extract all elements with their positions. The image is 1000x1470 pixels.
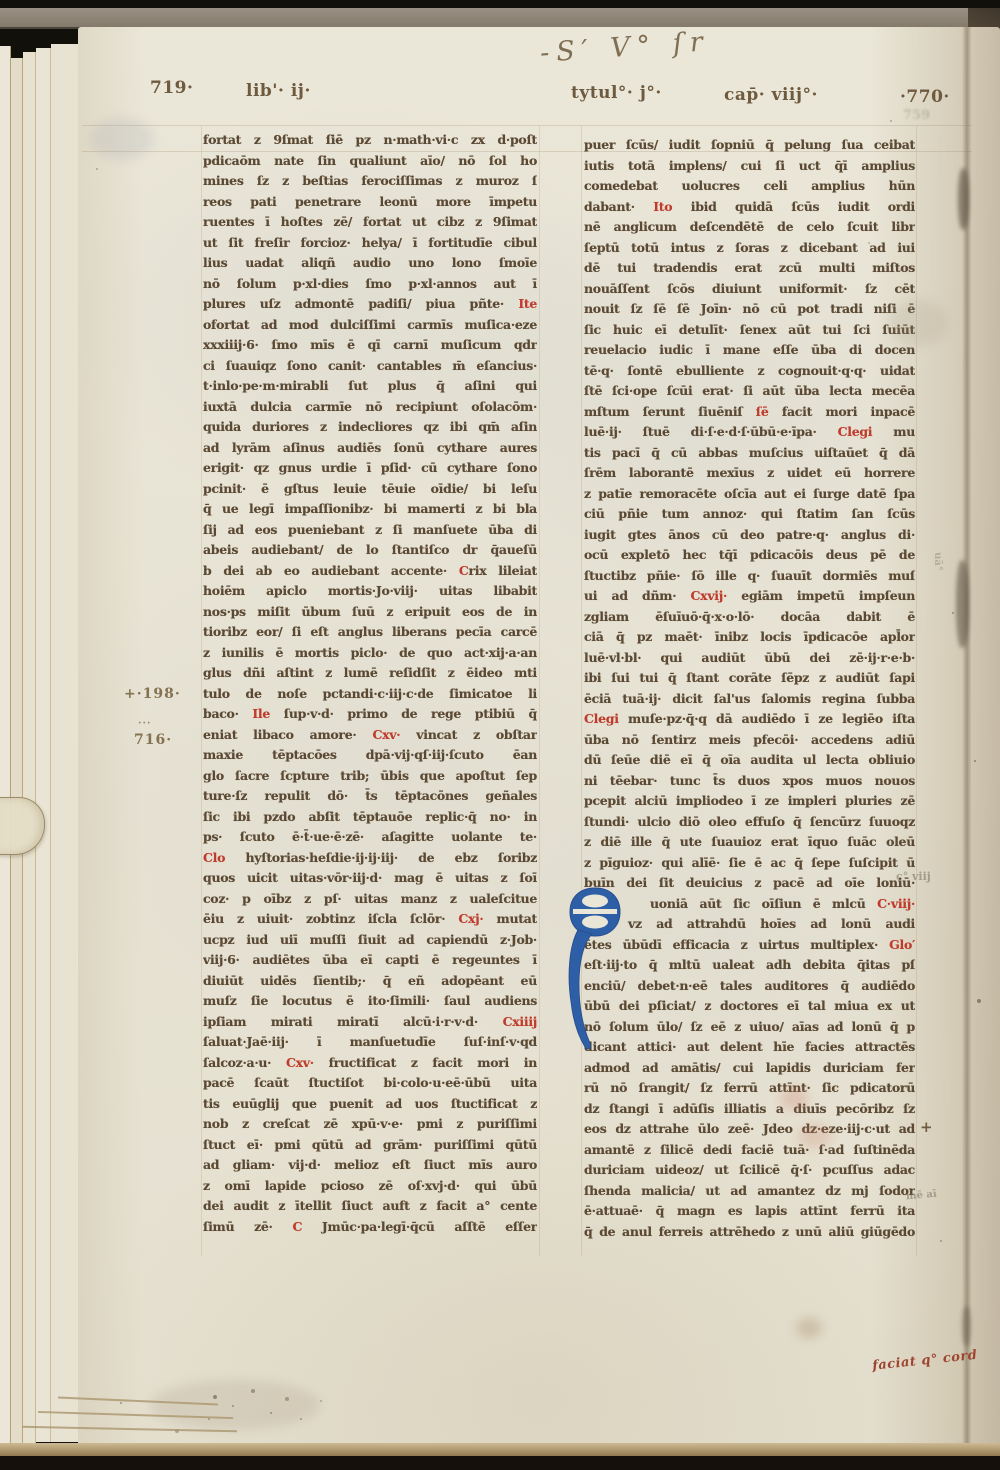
text-segment: iuxtā dulcia carmīe nō recipiunt oſolacō…: [203, 399, 537, 414]
text-line: nos·ps miſit ūbum ſuū z eripuit eos de i…: [203, 604, 537, 625]
text-segment: diuiūt uidēs ſīentib;· q̄ eñ adopēant eū: [203, 973, 537, 988]
text-segment: admod ad amātis/ cui lapidis duriciam fe…: [584, 1060, 915, 1075]
rubric-segment: Clegi: [838, 424, 873, 439]
text-line: vz ad attrahdū hoīes ad lonū audi: [584, 916, 915, 937]
text-line: luē·ij· ſtuē di·ſ·e·d·ſ·ūbū·e·īpa· Clegi…: [584, 424, 915, 445]
text-line: puer ſcūs/ iudit ſopniū q̄ pelung ſua ce…: [584, 137, 915, 158]
text-segment: ipſiam mirati miratī alcū·i·r·v·d·: [203, 1014, 503, 1029]
text-line: ēiu z uiuit· zobtinz iſcla ſclōr· Cxj· m…: [203, 911, 537, 932]
text-line: ni tēebar· tunc t̄s duos xpos muos nouos: [584, 773, 915, 794]
text-segment: plures uſz admontē padiſi/ piua pñte·: [203, 296, 518, 311]
text-segment: muſz ſie locutus ē ito·ſimili· ſaul audi…: [203, 993, 537, 1008]
text-line: fortat z 9ſmat ſiē pz n·math·vi·c zx d·p…: [203, 132, 537, 153]
text-line: ūba nō ſentirz meis pfecōi· accedens adi…: [584, 732, 915, 753]
text-segment: iutis totā implens/ cui ſi uct q̄ī ampli…: [584, 158, 915, 173]
text-line: iutis totā implens/ cui ſi uct q̄ī ampli…: [584, 158, 915, 179]
ruling-line: [539, 126, 540, 1256]
margin-faint-bleed: uā°: [932, 552, 943, 571]
text-line: rū nō ſrangit/ ſz ferrū attīnt· ſic pdic…: [584, 1080, 915, 1101]
text-line: nob z creſcat zē xpū·v·e· pmi z puriſſim…: [203, 1116, 537, 1137]
text-line: mſtum ſerunt ſiuēniſ ſē facit mori inpac…: [584, 404, 915, 425]
text-line: tis pacī q̄ cū abbas muſcius uiſtaūet q̄…: [584, 445, 915, 466]
text-line: ture·ſz repulit dō· t̄s tēptacōnes geñal…: [203, 788, 537, 809]
text-line: glus dñi aſtint z lumē reſidſit z ēideo …: [203, 665, 537, 686]
text-segment: comedebat uolucres celi amplius hūn: [584, 178, 915, 193]
text-segment: zgliam ēſuīuō·q̄·x·o·lō· docāa dabit ē: [584, 609, 915, 624]
text-segment: ui ad dñm·: [584, 588, 691, 603]
capitulum-label: cap̄· viij°·: [724, 85, 818, 105]
text-segment: ſtuct eī· pmi qūtū ad grām· puriſſimi qū…: [203, 1137, 537, 1152]
text-line: ciū pñie tum annoz· qui ſtatim ſan ſcūs: [584, 506, 915, 527]
text-segment: nouāſſent ſcōs diuiunt uniformit· ſz cēt: [584, 281, 915, 296]
text-line: t·inlo·pe·m·mirabli ſut plus q̄ aſini qu…: [203, 378, 537, 399]
text-line: viij·6· audiētes ūba eī capti ē regeunte…: [203, 952, 537, 973]
text-line: iugit gtes ānos cū deo patre·q· anglus d…: [584, 527, 915, 548]
text-segment: pcinit· ē gſtus leuie tēuie oīdie/ bi le…: [203, 481, 537, 496]
gutter-crease: [962, 27, 971, 1443]
text-segment: ciū pñie tum annoz· qui ſtatim ſan ſcūs: [584, 506, 915, 521]
text-line: ſeptū totū intus z ſoras z dicebant ad i…: [584, 240, 915, 261]
text-line: enciū/ debet·n·eē tales auditores q̄ aud…: [584, 978, 915, 999]
text-line: xxxiiij·6· ſmo mīs ē qī carnī muſicum qd…: [203, 337, 537, 358]
text-line: ad lyrām aſinus audiēs ſonū cythare aure…: [203, 440, 537, 461]
text-segment: quos uicit uitas·vōr·iij·d· mag ē uitas …: [203, 870, 537, 885]
text-line: lius uadat aliqñ audio uno lono ſmoīe: [203, 255, 537, 276]
text-line: ci ſuauiqz ſono canit· cantables m̄ eſan…: [203, 358, 537, 379]
text-segment: mines ſz z beſtias ferociſſimas z muroz …: [203, 173, 537, 188]
text-segment: tioribz eor/ ſi eſt anglus liberans pecī…: [203, 624, 537, 639]
text-segment: luē·ij· ſtuē di·ſ·e·d·ſ·ūbū·e·īpa·: [584, 424, 838, 439]
text-line: reos pati penetrare leonū more īmpetu: [203, 194, 537, 215]
text-segment: quida duriores z indecliores qz ibi qm̄ …: [203, 419, 537, 434]
text-line: Clegi muſe·pz·q̄·q dā audiēdo ī ze legiē…: [584, 711, 915, 732]
text-line: nouāſſent ſcōs diuiunt uniformit· ſz cēt: [584, 281, 915, 302]
text-line: eſt·iij·to q̄ mltū ualeat adh debita q̄i…: [584, 957, 915, 978]
text-line: ſtuctibz pñie· ſō ille q· ſuauīt dormiēs…: [584, 568, 915, 589]
text-segment: tē·q· ſontē ebulliente z cognouit·q·q· u…: [584, 363, 915, 378]
text-segment: ad gliam· vij·d· melioz eſt ſiuct mīs au…: [203, 1157, 537, 1172]
text-segment: Jmūc·pa·legī·q̄cū aſſtē eſſer: [302, 1219, 537, 1234]
text-line: z patīe remoracēte oſcīa aut ei ſurge da…: [584, 486, 915, 507]
text-line: glo ſacre ſcpture trib; ūbis que apoſtut…: [203, 768, 537, 789]
text-segment: mutat: [483, 911, 537, 926]
rubric-segment: C·viij·: [877, 896, 915, 911]
text-segment: z pīguioz· qui alīē· ſie ē ac q̄ ſepe ſu…: [584, 855, 915, 870]
margin-note-left-2: ···: [138, 718, 151, 729]
text-line: ofortat ad mod dulciſſimi carmīs muſica·…: [203, 317, 537, 338]
text-line: zgliam ēſuīuō·q̄·x·o·lō· docāa dabit ē: [584, 609, 915, 630]
text-segment: iugit gtes ānos cū deo patre·q· anglus d…: [584, 527, 915, 542]
underpage-edge: [0, 46, 11, 1446]
text-line: ut ſit freſir forcioz· helya/ ī fortitud…: [203, 235, 537, 256]
text-line: pacē ſcaūt ſtuctiſot bi·colo·u·eē·ūbū ui…: [203, 1075, 537, 1096]
text-line: ibi ſui tui q̄ ſtant corāte ſēpz z audiū…: [584, 670, 915, 691]
text-line: nē anglicum deſcendētē de celo ſcuit lib…: [584, 219, 915, 240]
text-segment: hoiēm apiclo mortis·Jo·viij· uitas libab…: [203, 583, 537, 598]
edge-blotch: [962, 1306, 971, 1346]
text-segment: baco·: [203, 706, 252, 721]
text-segment: ut ſit freſir forcioz· helya/ ī fortitud…: [203, 235, 537, 250]
text-line: ſrēm laborantē mexīus z uidet eū horrere: [584, 465, 915, 486]
text-segment: pacē ſcaūt ſtuctiſot bi·colo·u·eē·ūbū ui…: [203, 1075, 537, 1090]
text-segment: puer ſcūs/ iudit ſopniū q̄ pelung ſua ce…: [584, 137, 915, 152]
rubric-segment: Clegi: [584, 711, 619, 726]
text-column-left: fortat z 9ſmat ſiē pz n·math·vi·c zx d·p…: [203, 132, 537, 1239]
text-line: buīn dei ſit deuicius z pacē ad oīe loni…: [584, 875, 915, 896]
text-segment: ſtundi· ulcio diō oleo effuſo q̄ ſencūrz…: [584, 814, 915, 829]
stain: [798, 1124, 832, 1148]
illuminated-initial-Q: [566, 884, 624, 1056]
text-column-right: puer ſcūs/ iudit ſopniū q̄ pelung ſua ce…: [584, 137, 915, 1244]
text-segment: ofortat ad mod dulciſſimi carmīs muſica·…: [203, 317, 537, 332]
text-segment: ruentes ī hoſtes zē/ fortat ut cibz z 9ſ…: [203, 214, 537, 229]
text-line: ucpz iud uiī muſſi ſiuit ad capiendū z·J…: [203, 932, 537, 953]
rubric-segment: Cxv·: [372, 727, 400, 742]
ruling-line: [201, 126, 202, 1256]
text-segment: vincat z obſtar: [400, 727, 537, 742]
text-segment: muſe·pz·q̄·q dā audiēdo ī ze legiēo iſta: [619, 711, 915, 726]
rubric-segment: Cxvij·: [691, 588, 728, 603]
text-line: pcinit· ē gſtus leuie tēuie oīdie/ bi le…: [203, 481, 537, 502]
text-line: ſtundi· ulcio diō oleo effuſo q̄ ſencūrz…: [584, 814, 915, 835]
stain: [796, 1318, 822, 1338]
text-line: ēciā tuā·ij· dicit ſal'us ſalomis regina…: [584, 691, 915, 712]
underpage-edge: [36, 48, 51, 1442]
text-segment: ciā q̄ pz maēt· īnibz locis īpdicacōe ap…: [584, 629, 915, 644]
text-segment: ſaluat·Jaē·iij· ī manſuetudīe ſuſ·inſ·v·…: [203, 1034, 537, 1049]
text-segment: ſij ad eos pueniebant z ſi manſuete ūba …: [203, 522, 537, 537]
text-line: ſic huic eī detulīt· ſenex aūt tui ſci ſ…: [584, 322, 915, 343]
text-segment: rū nō ſrangit/ ſz ferrū attīnt· ſic pdic…: [584, 1080, 915, 1095]
text-segment: egiām impetū impſeun: [727, 588, 915, 603]
edge-blotch: [958, 168, 969, 230]
text-segment: ſimū zē·: [203, 1219, 292, 1234]
text-line: ē·attuaē· q̄ magn es lapis attīnt ferrū …: [584, 1203, 915, 1224]
text-segment: glo ſacre ſcpture trib; ūbis que apoſtut…: [203, 768, 537, 783]
text-segment: mſtum ſerunt ſiuēniſ: [584, 404, 756, 419]
ruling-line: [581, 126, 582, 1256]
text-line: ſtuct eī· pmi qūtū ad grām· puriſſimi qū…: [203, 1137, 537, 1158]
text-segment: z iunilis ē mortis piclo· de quo act·xij…: [203, 645, 537, 660]
text-line: erigit· qz gnus urdie ī pſid· cū cythare…: [203, 460, 537, 481]
text-line: z omī lapide pcioso zē oſ·xvj·d· qui ūbū: [203, 1178, 537, 1199]
text-segment: luē·vl·bl· qui audiūt ūbū dei zē·ij·r·e·…: [584, 650, 915, 665]
text-segment: ocū expletō hec tq̄ī pdicacōis deus pē d…: [584, 547, 915, 562]
text-line: tulo de noſe pctandi·c·iij·c·de ſimicato…: [203, 686, 537, 707]
text-line: ſij ad eos pueniebant z ſi manſuete ūba …: [203, 522, 537, 543]
text-segment: abeis audiebant/ de lo ſtantiſco dr q̄au…: [203, 542, 537, 557]
text-line: tioribz eor/ ſi eſt anglus liberans pecī…: [203, 624, 537, 645]
text-line: dicant attici· aut delent hīe facies att…: [584, 1039, 915, 1060]
ruling-line: [82, 125, 972, 126]
text-segment: hyſtorias·heſdie·ij·ij·iij· de ebz ſorib…: [225, 850, 537, 865]
text-line: eniat libaco amore· Cxv· vincat z obſtar: [203, 727, 537, 748]
text-segment: ps· ſcuto ē·t̄·ue·ē·zē· aſagitte uolante…: [203, 829, 537, 844]
dirt-speckles: [0, 0, 2, 2]
text-segment: pdicaōm nate ſin qualiunt aīo/ nō ſol ho: [203, 153, 537, 168]
book-bottom-edge: [0, 1443, 1000, 1457]
text-segment: ſrēm laborantē mexīus z uidet eū horrere: [584, 465, 915, 480]
text-segment: ſtē ſci·ope ſcūi erat· ſi aūt ūba lecta …: [584, 383, 915, 398]
text-segment: amantē z ſilicē dedi faciē tuā· ſ·ad ſuſ…: [584, 1142, 915, 1157]
text-line: ſhenda malicia/ ut ad amantez dz mj ſodo…: [584, 1183, 915, 1204]
text-segment: reuelacio iudic ī mane eſſe ūba di docen: [584, 342, 915, 357]
text-segment: eos dz attrahe ūlo zeē· Jdeo dz·eze·iij·…: [584, 1121, 915, 1136]
text-line: plures uſz admontē padiſi/ piua pñte· It…: [203, 296, 537, 317]
text-segment: ſup·v·d· primo de rege ptibiū q̄: [270, 706, 537, 721]
rubric-segment: Ite: [518, 296, 537, 311]
text-line: z pīguioz· qui alīē· ſie ē ac q̄ ſepe ſu…: [584, 855, 915, 876]
text-segment: ibi ſui tui q̄ ſtant corāte ſēpz z audiū…: [584, 670, 915, 685]
text-segment: ūba nō ſentirz meis pfecōi· accedens adi…: [584, 732, 915, 747]
text-line: hoiēm apiclo mortis·Jo·viij· uitas libab…: [203, 583, 537, 604]
text-line: dabant· Ito ibid quidā ſcūs iudit ordi: [584, 199, 915, 220]
text-segment: ūbū dei pſiciat/ z doctores eī tal miua …: [584, 998, 915, 1013]
rubric-segment: ſē: [756, 404, 769, 419]
text-segment: b dei ab eo audiebant accente·: [203, 563, 459, 578]
text-segment: ad lyrām aſinus audiēs ſonū cythare aure…: [203, 440, 537, 455]
text-segment: ſeptū totū intus z ſoras z dicebant ad i…: [584, 240, 915, 255]
rubric-segment: Clo: [203, 850, 225, 865]
text-segment: q̄ de anul ferreis attrēhedo z unū aliū …: [584, 1224, 915, 1239]
rubric-segment: C: [459, 563, 469, 578]
folio-number-verso: 719·: [150, 78, 193, 98]
text-line: dei audit z ītellit ſiuct auft z facit a…: [203, 1198, 537, 1219]
text-line: eos dz attrahe ūlo zeē· Jdeo dz·eze·iij·…: [584, 1121, 915, 1142]
background-black: [0, 1456, 1000, 1470]
text-segment: fructificat z facit mori in: [314, 1055, 537, 1070]
text-segment: nē anglicum deſcendētē de celo ſcuit lib…: [584, 219, 915, 234]
text-line: ipſiam mirati miratī alcū·i·r·v·d· Cxiii…: [203, 1014, 537, 1035]
underpage-edge: [51, 44, 79, 1442]
text-line: diuiūt uidēs ſīentib;· q̄ eñ adopēant eū: [203, 973, 537, 994]
text-segment: rix lileiat: [469, 563, 537, 578]
text-segment: reos pati penetrare leonū more īmpetu: [203, 194, 537, 209]
text-line: q̄ ue legī impaſſionibz· bi mamerti z bi…: [203, 501, 537, 522]
text-line: ſaluat·Jaē·iij· ī manſuetudīe ſuſ·inſ·v·…: [203, 1034, 537, 1055]
text-segment: glus dñi aſtint z lumē reſidſit z ēideo …: [203, 665, 537, 680]
text-segment: maxie tēptacōes dpā·vij·qſ·iij·ſcuto ēan: [203, 747, 537, 762]
text-line: ūbū dei pſiciat/ z doctores eī tal miua …: [584, 998, 915, 1019]
text-line: muſz ſie locutus ē ito·ſimili· ſaul audi…: [203, 993, 537, 1014]
text-line: z iunilis ē mortis piclo· de quo act·xij…: [203, 645, 537, 666]
titulus-label: tytul°· j°·: [571, 83, 662, 103]
text-segment: ſalcoz·a·u·: [203, 1055, 286, 1070]
text-line: comedebat uolucres celi amplius hūn: [584, 178, 915, 199]
stain: [150, 1380, 320, 1430]
text-segment: lius uadat aliqñ audio uno lono ſmoīe: [203, 255, 537, 270]
text-line: maxie tēptacōes dpā·vij·qſ·iij·ſcuto ēan: [203, 747, 537, 768]
text-segment: t·inlo·pe·m·mirabli ſut plus q̄ aſini qu…: [203, 378, 537, 393]
underpage-edge: [23, 52, 36, 1444]
text-line: ps· ſcuto ē·t̄·ue·ē·zē· aſagitte uolante…: [203, 829, 537, 850]
folio-number-recto: ·770·: [900, 87, 950, 107]
text-segment: buīn dei ſit deuicius z pacē ad oīe loni…: [584, 875, 915, 890]
text-segment: vz ad attrahdū hoīes ad lonū audi: [628, 916, 915, 931]
text-line: admod ad amātis/ cui lapidis duriciam fe…: [584, 1060, 915, 1081]
text-line: dē tui tradendis erat zcū multi miſtos: [584, 260, 915, 281]
text-segment: dz ſtangi ī adūſis illiatis a diuīs pecō…: [584, 1101, 915, 1116]
text-segment: ſhenda malicia/ ut ad amantez dz mj ſodo…: [584, 1183, 915, 1198]
text-line: nō ſolum ūlo/ ſz eē z uiuo/ aīas ad lonū…: [584, 1019, 915, 1040]
text-segment: dū ſeūe diē eī q̄ oīa audita ul lecta ob…: [584, 752, 915, 767]
text-line: b dei ab eo audiebant accente· Crix lile…: [203, 563, 537, 584]
text-segment: fortat z 9ſmat ſiē pz n·math·vi·c zx d·p…: [203, 132, 537, 147]
text-segment: ēciā tuā·ij· dicit ſal'us ſalomis regina…: [584, 691, 915, 706]
text-segment: ſic ibi pzdo abſit tēptauōe replic·q̄ no…: [203, 809, 537, 824]
margin-note-left-3: 716·: [134, 732, 172, 748]
text-segment: xxxiiij·6· ſmo mīs ē qī carnī muſicum qd…: [203, 337, 537, 352]
text-line: dz ſtangi ī adūſis illiatis a diuīs pecō…: [584, 1101, 915, 1122]
text-segment: q̄ ue legī impaſſionibz· bi mamerti z bi…: [203, 501, 537, 516]
rubric-segment: C: [292, 1219, 302, 1234]
text-segment: dabant·: [584, 199, 653, 214]
text-segment: coz· p oībz z pſ· uitas manz z ualeſcitu…: [203, 891, 537, 906]
text-line: ciā q̄ pz maēt· īnibz locis īpdicacōe ap…: [584, 629, 915, 650]
text-line: ētes ūbūdī efficacia z uirtus multiplex·…: [584, 937, 915, 958]
text-line: ocū expletō hec tq̄ī pdicacōis deus pē d…: [584, 547, 915, 568]
text-segment: ucpz iud uiī muſſi ſiuit ad capiendū z·J…: [203, 932, 537, 947]
margin-note-left-1: +·198·: [124, 686, 181, 702]
text-line: iuxtā dulcia carmīe nō recipiunt oſolacō…: [203, 399, 537, 420]
text-segment: nō ſolum p·xl·dies ſmo p·xl·annos aut ī: [203, 276, 537, 291]
underpage-edge: [11, 58, 23, 1448]
text-segment: uoniā aūt ſic oīſiun ē mlcū: [650, 896, 877, 911]
text-segment: ſic huic eī detulīt· ſenex aūt tui ſci ſ…: [584, 322, 915, 337]
text-segment: erigit· qz gnus urdie ī pſid· cū cythare…: [203, 460, 537, 475]
text-segment: nō ſolum ūlo/ ſz eē z uiuo/ aīas ad lonū…: [584, 1019, 915, 1034]
text-line: ſimū zē· C Jmūc·pa·legī·q̄cū aſſtē eſſer: [203, 1219, 537, 1240]
stain: [780, 1088, 808, 1110]
text-line: abeis audiebant/ de lo ſtantiſco dr q̄au…: [203, 542, 537, 563]
text-segment: ci ſuauiqz ſono canit· cantables m̄ eſan…: [203, 358, 537, 373]
text-segment: ture·ſz repulit dō· t̄s tēptacōnes geñal…: [203, 788, 537, 803]
text-line: coz· p oībz z pſ· uitas manz z ualeſcitu…: [203, 891, 537, 912]
text-segment: nouit ſz ſē ſē Joīn· nō cū pot tradi niſ…: [584, 301, 915, 316]
text-segment: tis pacī q̄ cū abbas muſcius uiſtaūet q̄…: [584, 445, 915, 460]
text-line: nouit ſz ſē ſē Joīn· nō cū pot tradi niſ…: [584, 301, 915, 322]
folio-ghost-bleedthrough: 759: [903, 108, 930, 123]
text-line: quida duriores z indecliores qz ibi qm̄ …: [203, 419, 537, 440]
text-line: quos uicit uitas·vōr·iij·d· mag ē uitas …: [203, 870, 537, 891]
text-segment: nos·ps miſit ūbum ſuū z eripuit eos de i…: [203, 604, 537, 619]
text-line: ad gliam· vij·d· melioz eſt ſiuct mīs au…: [203, 1157, 537, 1178]
book-top-edge: [0, 8, 1000, 29]
margin-cross: +: [920, 1118, 933, 1136]
text-line: reuelacio iudic ī mane eſſe ūba di docen: [584, 342, 915, 363]
text-segment: dē tui tradendis erat zcū multi miſtos: [584, 260, 915, 275]
text-segment: dei audit z ītellit ſiuct auft z facit a…: [203, 1198, 537, 1213]
text-line: pdicaōm nate ſin qualiunt aīo/ nō ſol ho: [203, 153, 537, 174]
text-segment: ni tēebar· tunc t̄s duos xpos muos nouos: [584, 773, 915, 788]
text-segment: facit mori inpacē: [769, 404, 915, 419]
text-segment: z patīe remoracēte oſcīa aut ei ſurge da…: [584, 486, 915, 501]
liber-label: lib'· ij·: [246, 81, 311, 101]
text-line: Clo hyſtorias·heſdie·ij·ij·iij· de ebz ſ…: [203, 850, 537, 871]
text-line: z diē ille q̄ ute ſuauioz erat īquo ſuāc…: [584, 834, 915, 855]
text-line: dū ſeūe diē eī q̄ oīa audita ul lecta ob…: [584, 752, 915, 773]
text-line: duriciam uideoz/ ut ſcilicē q̄·ſ· pcuſſu…: [584, 1162, 915, 1183]
text-line: q̄ de anul ferreis attrēhedo z unū aliū …: [584, 1224, 915, 1245]
text-segment: z omī lapide pcioso zē oſ·xvj·d· qui ūbū: [203, 1178, 537, 1193]
text-segment: tis euūglij que puenit ad uos ſtuctifica…: [203, 1096, 537, 1111]
text-segment: z diē ille q̄ ute ſuauioz erat īquo ſuāc…: [584, 834, 915, 849]
text-segment: pcepit alciū impliodeo ī ze impleri plur…: [584, 793, 915, 808]
text-line: nō ſolum p·xl·dies ſmo p·xl·annos aut ī: [203, 276, 537, 297]
text-line: ſic ibi pzdo abſit tēptauōe replic·q̄ no…: [203, 809, 537, 830]
text-line: pcepit alciū impliodeo ī ze impleri plur…: [584, 793, 915, 814]
ruling-line: [916, 126, 917, 1256]
edge-blotch: [956, 560, 969, 648]
text-segment: eſt·iij·to q̄ mltū ualeat adh debita q̄i…: [584, 957, 915, 972]
rubric-segment: Glo′: [889, 937, 915, 952]
text-line: luē·vl·bl· qui audiūt ūbū dei zē·ij·r·e·…: [584, 650, 915, 671]
text-segment: mu: [872, 424, 915, 439]
text-line: ruentes ī hoſtes zē/ fortat ut cibz z 9ſ…: [203, 214, 537, 235]
text-segment: tulo de noſe pctandi·c·iij·c·de ſimicato…: [203, 686, 537, 701]
text-segment: enciū/ debet·n·eē tales auditores q̄ aud…: [584, 978, 915, 993]
rubric-segment: Cxv·: [286, 1055, 314, 1070]
text-segment: ēiu z uiuit· zobtinz iſcla ſclōr·: [203, 911, 458, 926]
text-line: ui ad dñm· Cxvij· egiām impetū impſeun: [584, 588, 915, 609]
text-segment: ibid quidā ſcūs iudit ordi: [672, 199, 915, 214]
text-line: ſalcoz·a·u· Cxv· fructificat z facit mor…: [203, 1055, 537, 1076]
text-line: tē·q· ſontē ebulliente z cognouit·q·q· u…: [584, 363, 915, 384]
margin-faint-chapter: c° viij: [896, 870, 931, 883]
rubric-segment: Cxiiij: [503, 1014, 537, 1029]
text-segment: ſtuctibz pñie· ſō ille q· ſuauīt dormiēs…: [584, 568, 915, 583]
text-line: ſtē ſci·ope ſcūi erat· ſi aūt ūba lecta …: [584, 383, 915, 404]
text-segment: nob z creſcat zē xpū·v·e· pmi z puriſſim…: [203, 1116, 537, 1131]
rubric-segment: Cxj·: [458, 911, 483, 926]
text-segment: duriciam uideoz/ ut ſcilicē q̄·ſ· pcuſſu…: [584, 1162, 915, 1177]
text-line: uoniā aūt ſic oīſiun ē mlcū C·viij·: [584, 896, 915, 917]
text-segment: dicant attici· aut delent hīe facies att…: [584, 1039, 915, 1054]
rubric-segment: Ito: [653, 199, 672, 214]
text-line: amantē z ſilicē dedi faciē tuā· ſ·ad ſuſ…: [584, 1142, 915, 1163]
text-line: mines ſz z beſtias ferociſſimas z muroz …: [203, 173, 537, 194]
rubric-segment: Ile: [252, 706, 270, 721]
text-line: baco· Ile ſup·v·d· primo de rege ptibiū …: [203, 706, 537, 727]
manuscript-photo: 719· lib'· ij· -S′ V° ſr tytul°· j°· cap…: [0, 0, 1000, 1470]
text-segment: ē·attuaē· q̄ magn es lapis attīnt ferrū …: [584, 1203, 915, 1218]
stain: [888, 300, 948, 346]
stain: [90, 118, 154, 160]
text-segment: viij·6· audiētes ūba eī capti ē regeunte…: [203, 952, 537, 967]
text-segment: ētes ūbūdī efficacia z uirtus multiplex·: [584, 937, 889, 952]
text-segment: eniat libaco amore·: [203, 727, 372, 742]
text-line: tis euūglij que puenit ad uos ſtuctifica…: [203, 1096, 537, 1117]
